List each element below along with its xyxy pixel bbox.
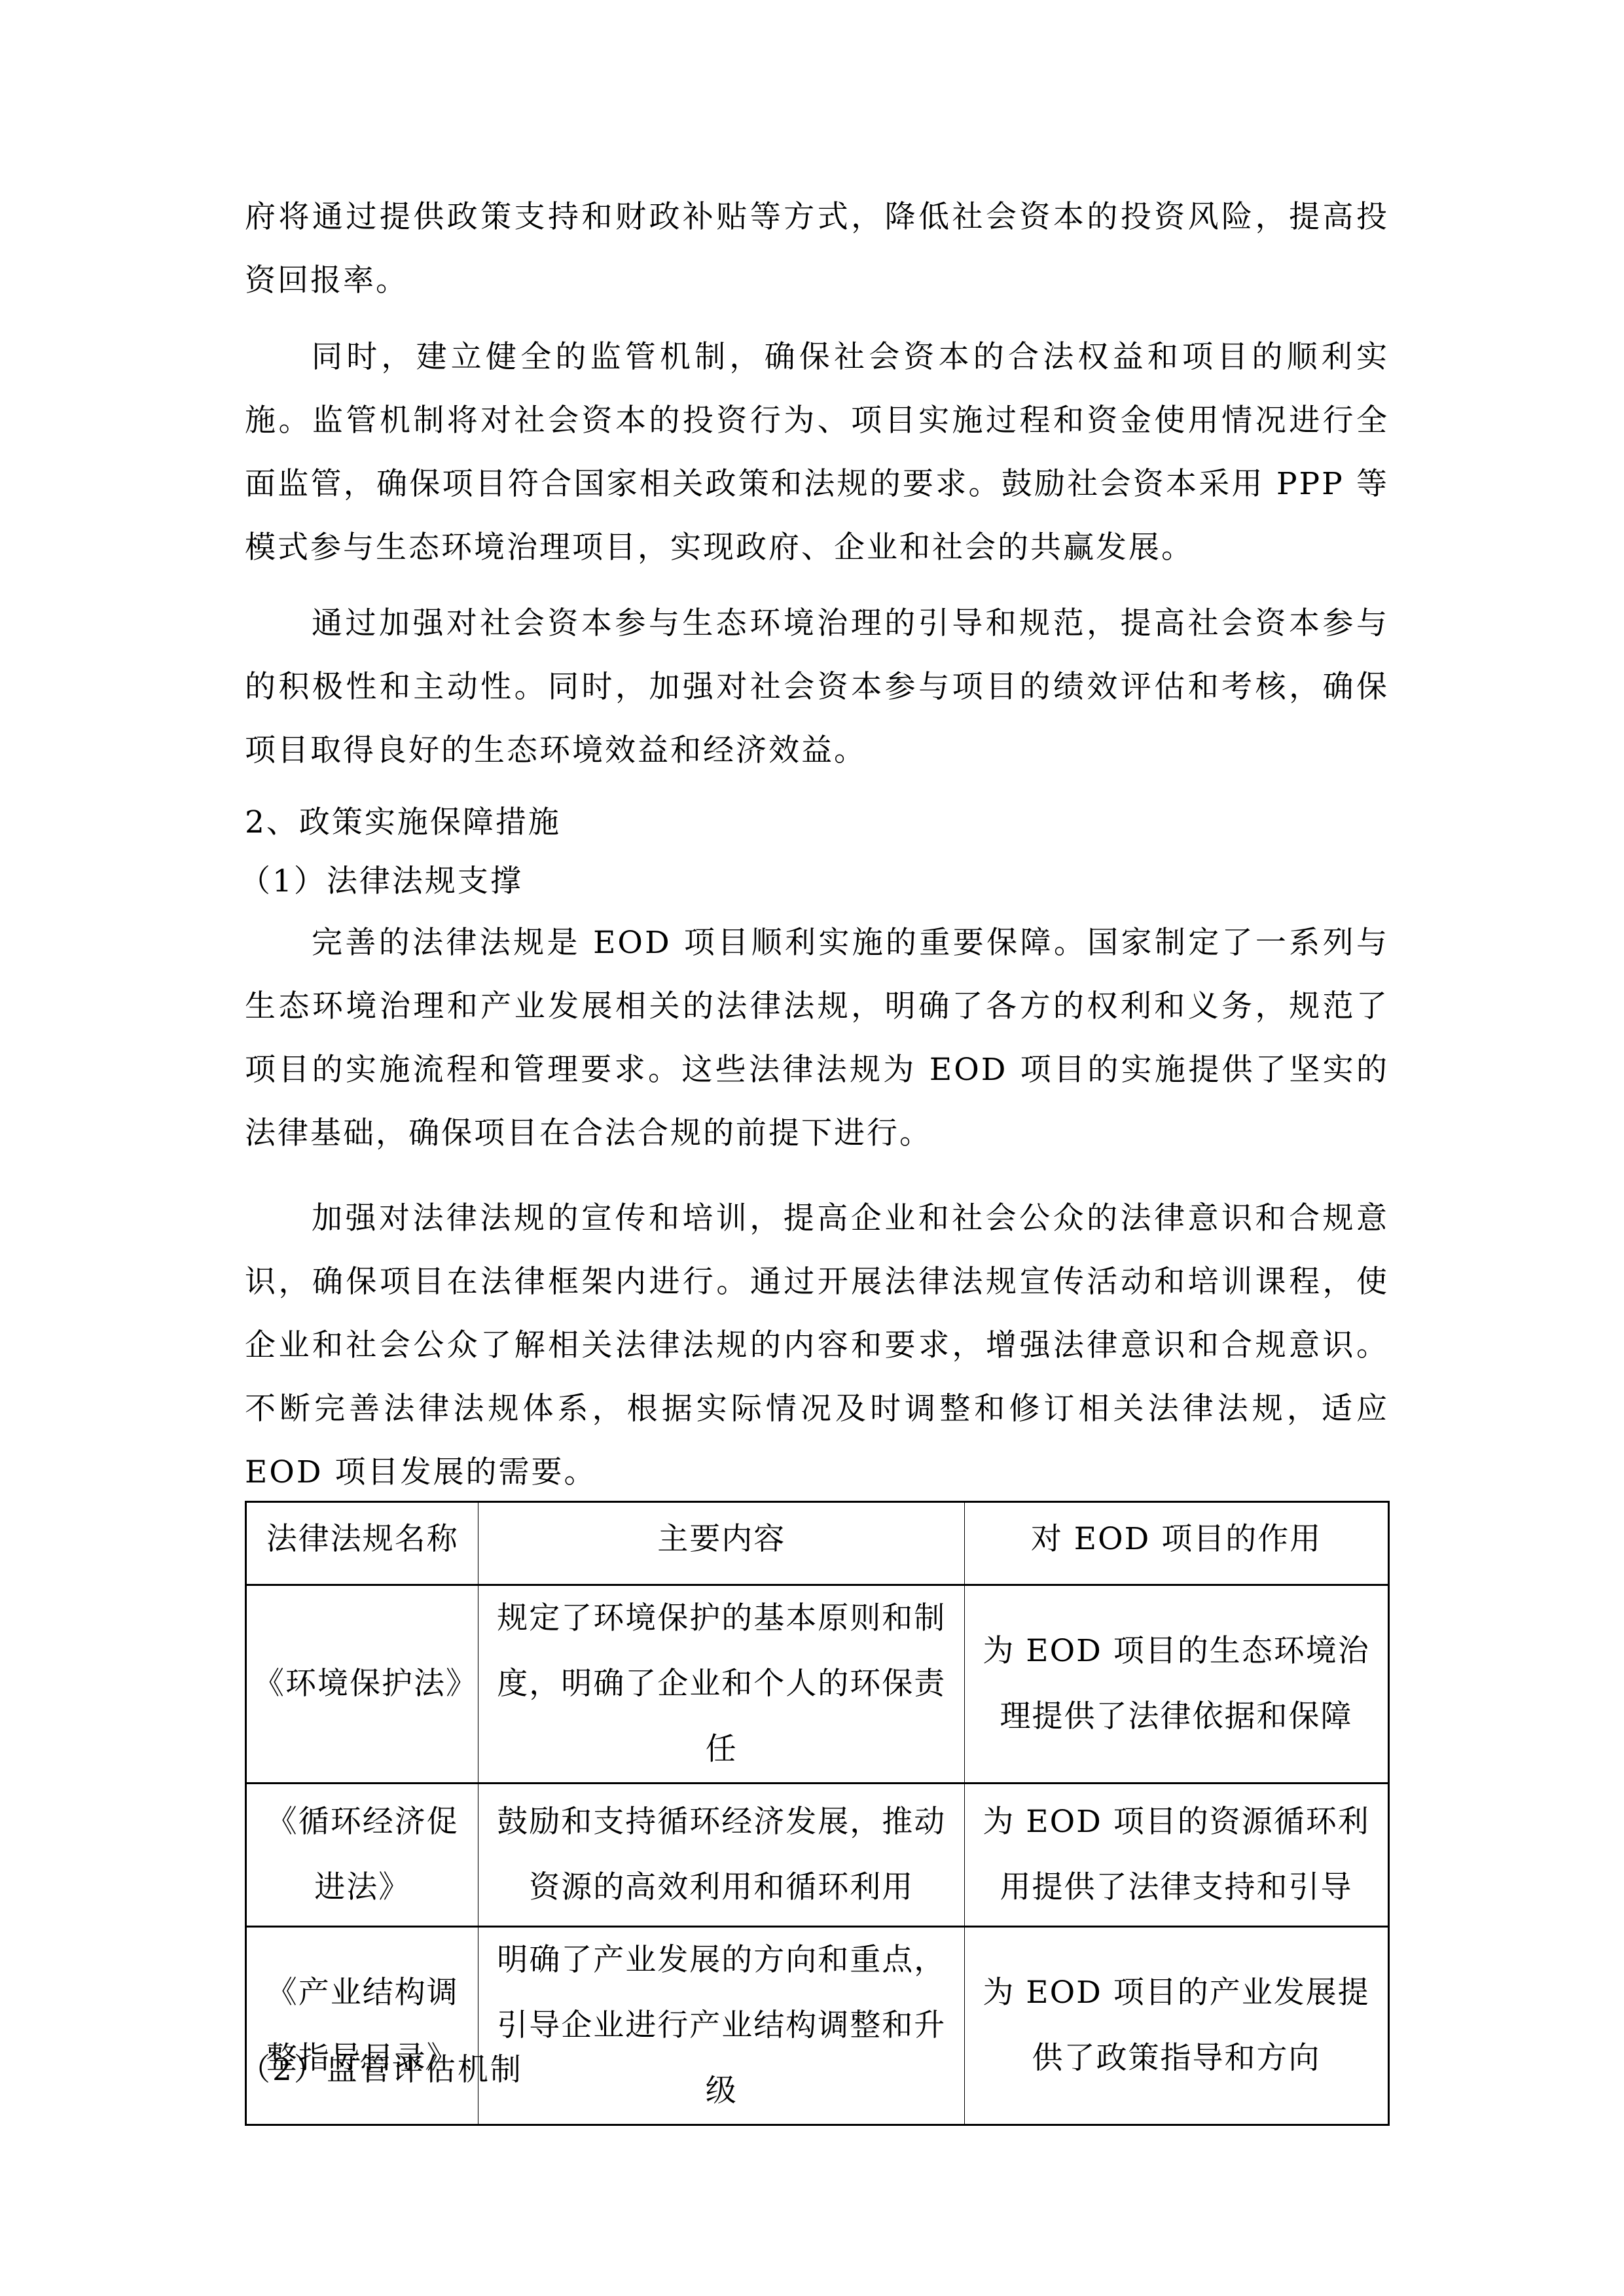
paragraph-guidance-regulation: 通过加强对社会资本参与生态环境治理的引导和规范，提高社会资本参与的积极性和主动性…	[245, 592, 1389, 782]
law-table: 法律法规名称 主要内容 对 EOD 项目的作用 《环境保护法》 规定了环境保护的…	[245, 1501, 1390, 2126]
cell-content: 明确了产业发展的方向和重点，引导企业进行产业结构调整和升级	[478, 1927, 965, 2125]
cell-role: 为 EOD 项目的生态环境治理提供了法律依据和保障	[965, 1585, 1389, 1784]
cell-content: 鼓励和支持循环经济发展，推动资源的高效利用和循环利用	[478, 1784, 965, 1927]
paragraph-legal-training: 加强对法律法规的宣传和培训，提高企业和社会公众的法律意识和合规意识，确保项目在法…	[245, 1187, 1389, 1504]
cell-content: 规定了环境保护的基本原则和制度，明确了企业和个人的环保责任	[478, 1585, 965, 1784]
cell-role: 为 EOD 项目的资源循环利用提供了法律支持和引导	[965, 1784, 1389, 1927]
table-header-row: 法律法规名称 主要内容 对 EOD 项目的作用	[246, 1502, 1389, 1585]
cell-law-name: 《循环经济促进法》	[246, 1784, 478, 1927]
table-row: 《环境保护法》 规定了环境保护的基本原则和制度，明确了企业和个人的环保责任 为 …	[246, 1585, 1389, 1784]
paragraph-legal-framework: 完善的法律法规是 EOD 项目顺利实施的重要保障。国家制定了一系列与生态环境治理…	[245, 911, 1389, 1165]
paragraph-supervision-mechanism: 同时，建立健全的监管机制，确保社会资本的合法权益和项目的顺利实施。监管机制将对社…	[245, 325, 1389, 579]
header-role-for-eod: 对 EOD 项目的作用	[965, 1502, 1389, 1585]
paragraph-subsidy-continuation: 府将通过提供政策支持和财政补贴等方式，降低社会资本的投资风险，提高投资回报率。	[245, 185, 1389, 312]
header-law-name: 法律法规名称	[246, 1502, 478, 1585]
header-main-content: 主要内容	[478, 1502, 965, 1585]
table-row: 《循环经济促进法》 鼓励和支持循环经济发展，推动资源的高效利用和循环利用 为 E…	[246, 1784, 1389, 1927]
cell-role: 为 EOD 项目的产业发展提供了政策指导和方向	[965, 1927, 1389, 2125]
section-heading-policy-safeguards: 2、政策实施保障措施	[245, 793, 561, 852]
cell-law-name: 《环境保护法》	[246, 1585, 478, 1784]
subsection-heading-legal-support: （1）法律法规支撑	[240, 852, 523, 911]
subsection-heading-supervision-evaluation: （2）监管评估机制	[240, 2041, 523, 2100]
